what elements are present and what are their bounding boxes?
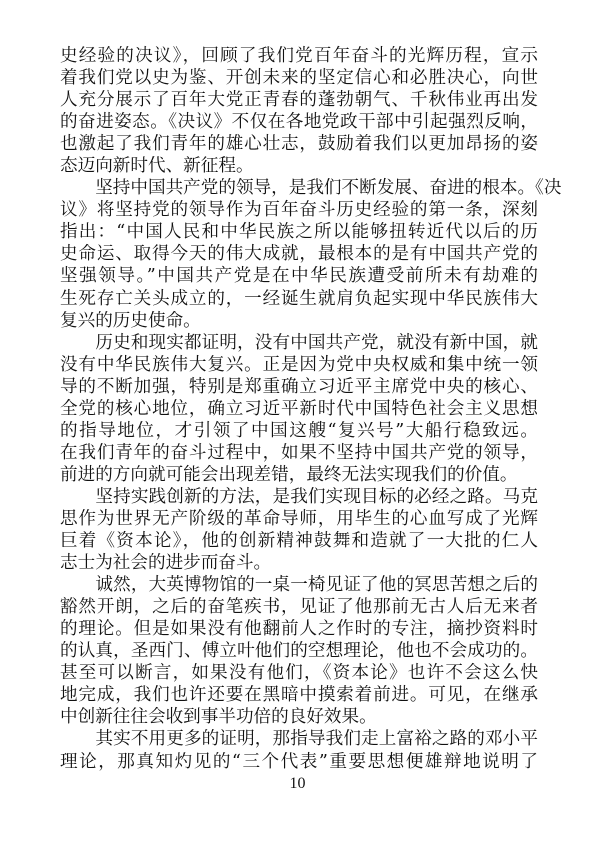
- text-line: 议》将坚持党的领导作为百年奋斗历史经验的第一条，深刻: [60, 199, 538, 221]
- text-line: 也激起了我们青年的雄心壮志，鼓励着我们以更加昂扬的姿: [60, 133, 538, 155]
- text-line: 史经验的决议》，回顾了我们党百年奋斗的光辉历程，宣示: [60, 45, 538, 67]
- document-body: 史经验的决议》，回顾了我们党百年奋斗的光辉历程，宣示 着我们党以史为鉴、开创未来…: [60, 45, 538, 773]
- text-line: 中创新往往会收到事半功倍的良好效果。: [60, 706, 538, 728]
- text-line: 志士为社会的进步而奋斗。: [60, 552, 538, 574]
- text-line: 其实不用更多的证明，那指导我们走上富裕之路的邓小平: [60, 728, 538, 750]
- text-line: 导的不断加强，特别是郑重确立习近平主席党中央的核心、: [60, 376, 538, 398]
- text-line: 巨着《资本论》，他的创新精神鼓舞和造就了一大批的仁人: [60, 530, 538, 552]
- text-line: 的理论。但是如果没有他翻前人之作时的专注，摘抄资料时: [60, 618, 538, 640]
- text-line: 人充分展示了百年大党正青春的蓬勃朝气、千秋伟业再出发: [60, 89, 538, 111]
- paragraph: 其实不用更多的证明，那指导我们走上富裕之路的邓小平 理论，那真知灼见的“三个代表…: [60, 728, 538, 772]
- paragraph: 史经验的决议》，回顾了我们党百年奋斗的光辉历程，宣示 着我们党以史为鉴、开创未来…: [60, 45, 538, 177]
- text-line: 没有中华民族伟大复兴。正是因为党中央权威和集中统一领: [60, 354, 538, 376]
- paragraph: 坚持实践创新的方法，是我们实现目标的必经之路。马克 思作为世界无产阶级的革命导师…: [60, 486, 538, 574]
- text-line: 在我们青年的奋斗过程中，如果不坚持中国共产党的领导，: [60, 442, 538, 464]
- text-line: 着我们党以史为鉴、开创未来的坚定信心和必胜决心，向世: [60, 67, 538, 89]
- text-line: 诚然，大英博物馆的一桌一椅见证了他的冥思苦想之后的: [60, 574, 538, 596]
- text-line: 甚至可以断言，如果没有他们，《资本论》也许不会这么快: [60, 662, 538, 684]
- paragraph: 历史和现实都证明，没有中国共产党，就没有新中国，就 没有中华民族伟大复兴。正是因…: [60, 332, 538, 486]
- text-line: 前进的方向就可能会出现差错，最终无法实现我们的价值。: [60, 464, 538, 486]
- text-line: 坚持中国共产党的领导，是我们不断发展、奋进的根本。《决: [60, 177, 538, 199]
- text-line: 复兴的历史使命。: [60, 310, 538, 332]
- text-line: 理论，那真知灼见的“三个代表”重要思想便雄辩地说明了: [60, 751, 538, 773]
- text-line: 坚强领导。”中国共产党是在中华民族遭受前所未有劫难的: [60, 265, 538, 287]
- text-line: 坚持实践创新的方法，是我们实现目标的必经之路。马克: [60, 486, 538, 508]
- text-line: 的指导地位，才引领了中国这艘“复兴号”大船行稳致远。: [60, 420, 538, 442]
- paragraph: 坚持中国共产党的领导，是我们不断发展、奋进的根本。《决 议》将坚持党的领导作为百…: [60, 177, 538, 331]
- text-line: 历史和现实都证明，没有中国共产党，就没有新中国，就: [60, 332, 538, 354]
- page-number: 10: [0, 775, 595, 793]
- text-line: 指出：“中国人民和中华民族之所以能够扭转近代以后的历: [60, 221, 538, 243]
- text-line: 的认真，圣西门、傅立叶他们的空想理论，他也不会成功的。: [60, 640, 538, 662]
- text-line: 的奋进姿态。《决议》不仅在各地党政干部中引起强烈反响，: [60, 111, 538, 133]
- text-line: 史命运、取得今天的伟大成就，最根本的是有中国共产党的: [60, 243, 538, 265]
- text-line: 态迈向新时代、新征程。: [60, 155, 538, 177]
- text-line: 全党的核心地位，确立习近平新时代中国特色社会主义思想: [60, 398, 538, 420]
- text-line: 地完成，我们也许还要在黑暗中摸索着前进。可见，在继承: [60, 684, 538, 706]
- text-line: 生死存亡关头成立的，一经诞生就肩负起实现中华民族伟大: [60, 288, 538, 310]
- text-line: 豁然开朗，之后的奋笔疾书，见证了他那前无古人后无来者: [60, 596, 538, 618]
- text-line: 思作为世界无产阶级的革命导师，用毕生的心血写成了光辉: [60, 508, 538, 530]
- paragraph: 诚然，大英博物馆的一桌一椅见证了他的冥思苦想之后的 豁然开朗，之后的奋笔疾书，见…: [60, 574, 538, 728]
